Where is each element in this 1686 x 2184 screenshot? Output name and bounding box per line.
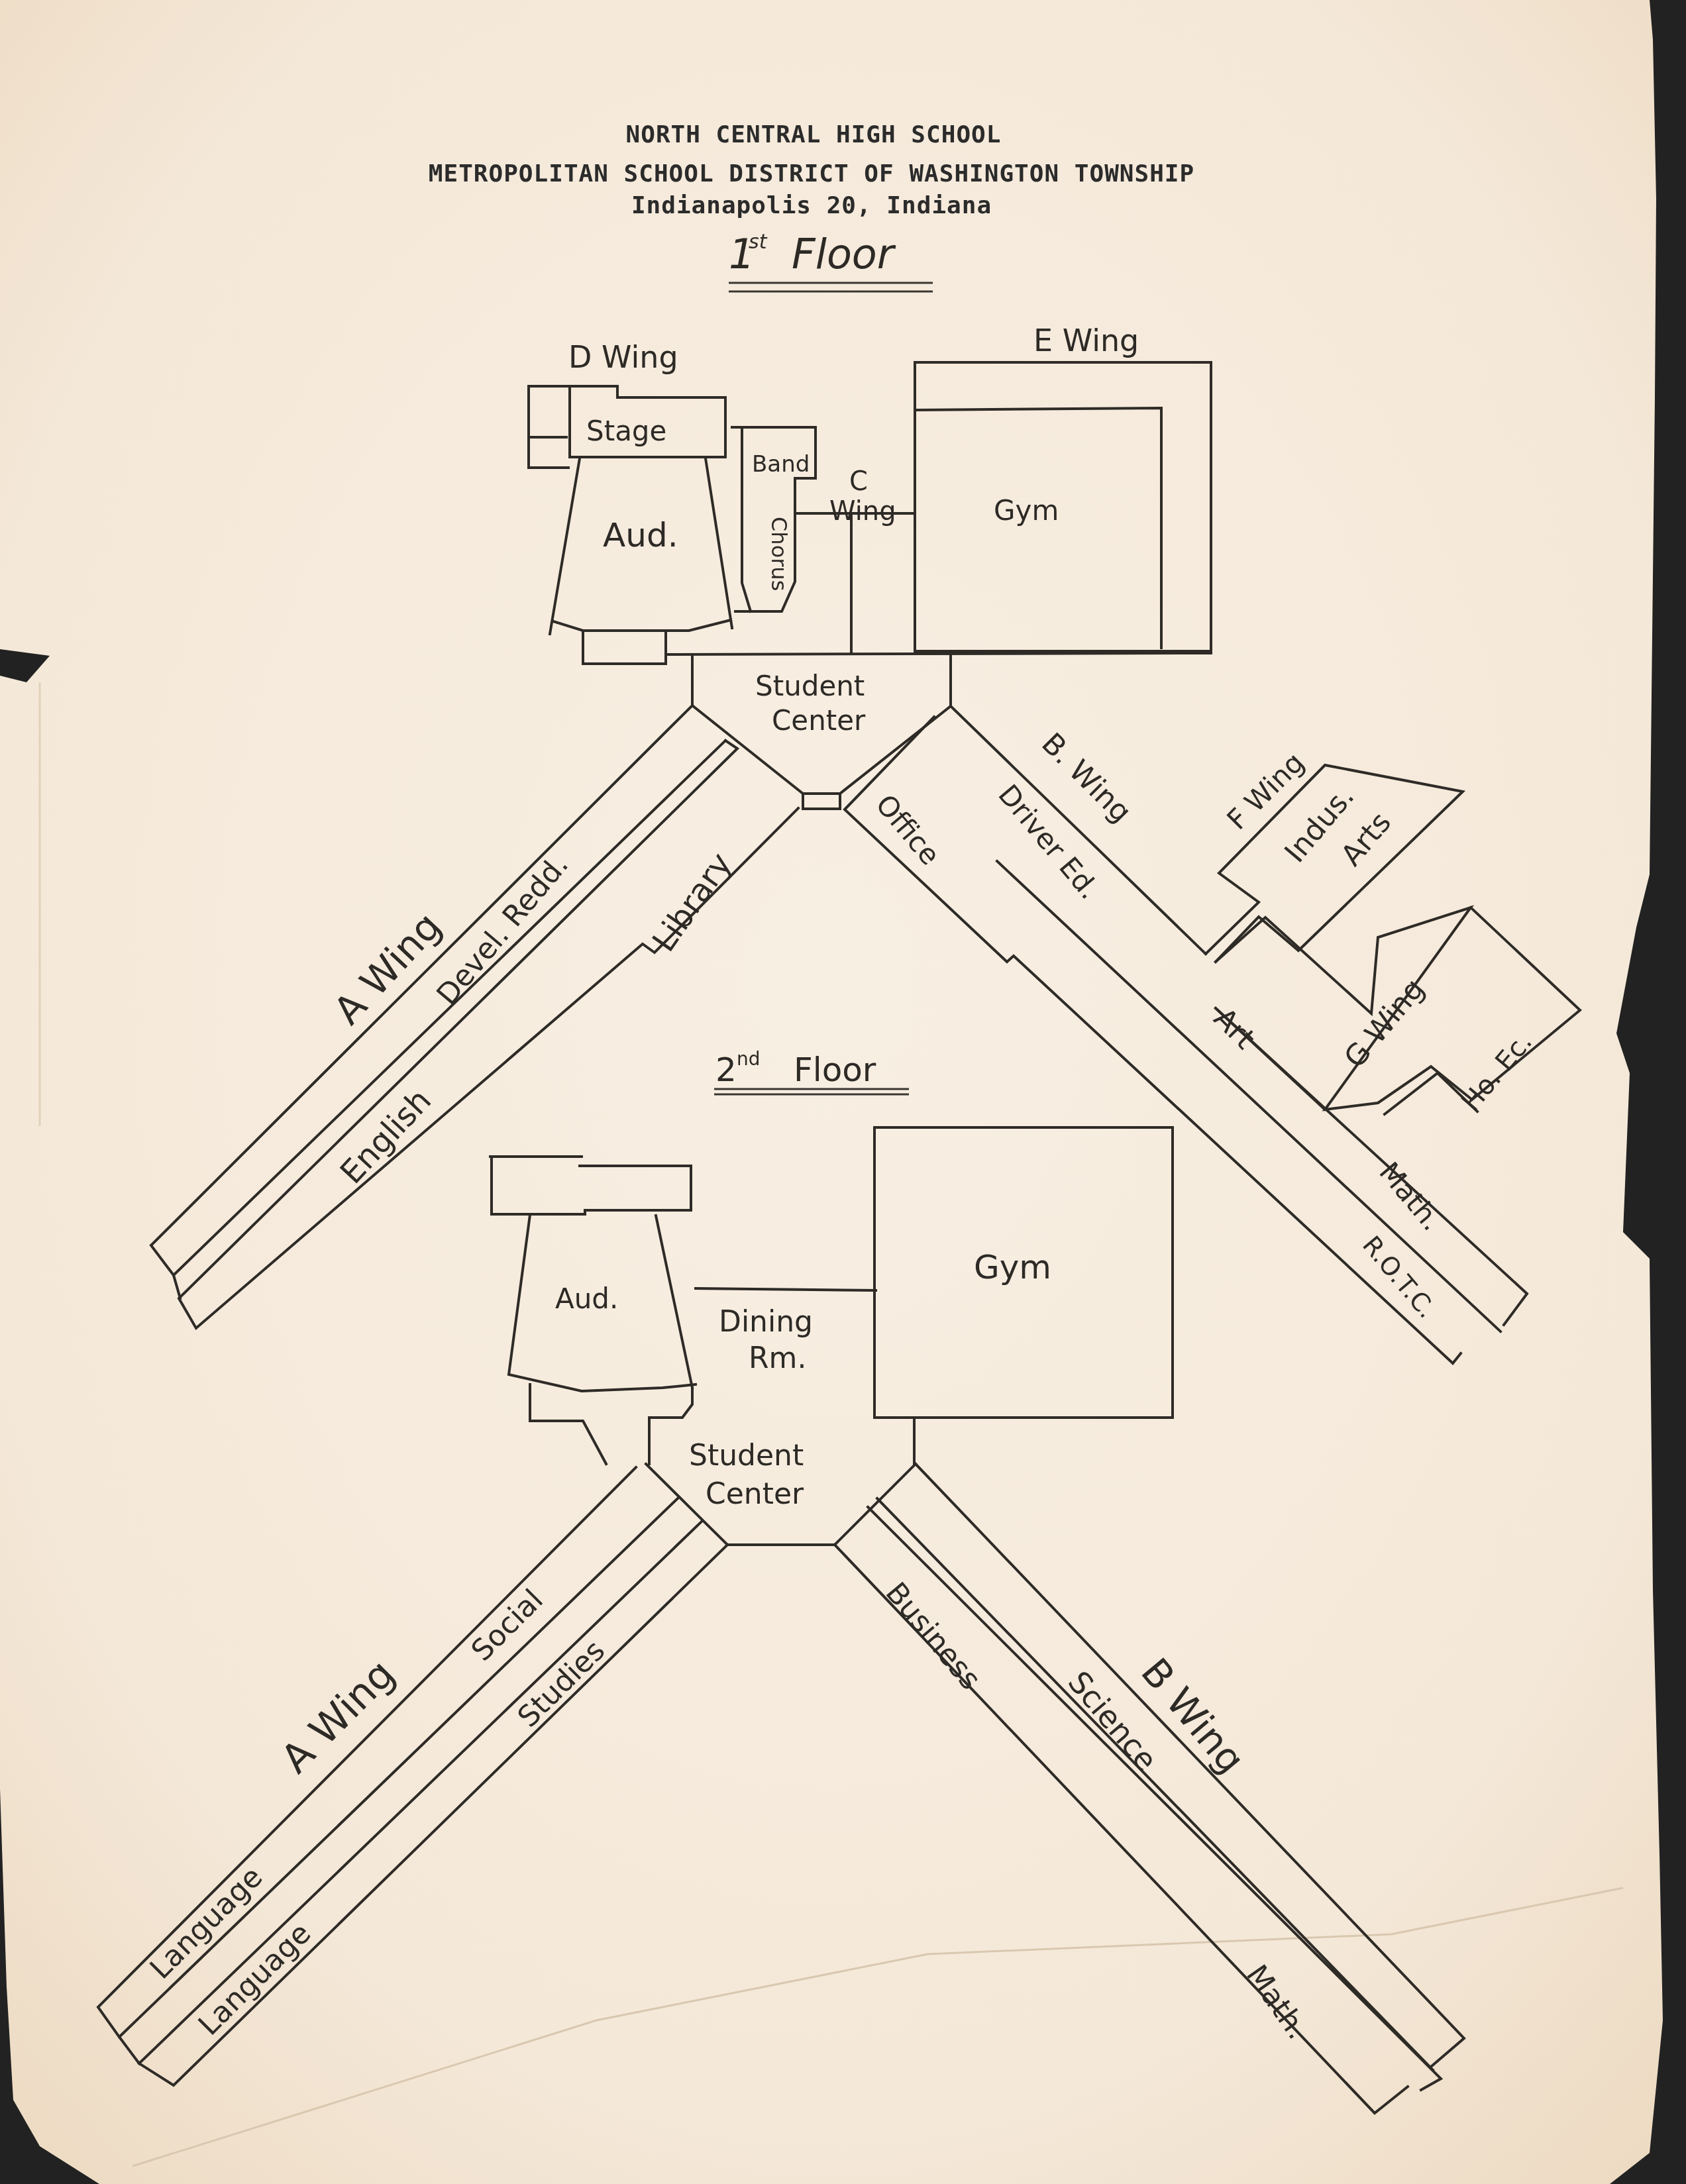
- city-line: Indianapolis 20, Indiana: [631, 192, 992, 219]
- label-c-wing-1: C: [849, 466, 868, 497]
- floor-plan-sheet: NORTH CENTRAL HIGH SCHOOL METROPOLITAN S…: [0, 0, 1686, 2184]
- label-student-center-1a: Student: [755, 670, 865, 702]
- label-gym-2: Gym: [974, 1248, 1051, 1286]
- label-chorus: Chorus: [766, 517, 792, 591]
- label-d-wing: D Wing: [568, 339, 678, 375]
- label-aud-2: Aud.: [555, 1282, 618, 1315]
- floor2-title-number: 2: [715, 1051, 737, 1089]
- label-student-center-2a: Student: [689, 1439, 804, 1473]
- label-band: Band: [752, 451, 810, 478]
- label-gym-1: Gym: [994, 494, 1059, 527]
- school-name: NORTH CENTRAL HIGH SCHOOL: [626, 121, 1002, 148]
- label-aud-1: Aud.: [603, 516, 678, 554]
- label-dining-2: Rm.: [749, 1341, 806, 1375]
- floor1-title-word: Floor: [792, 230, 896, 278]
- floor2-title-word: Floor: [794, 1051, 876, 1089]
- label-student-center-1b: Center: [772, 704, 866, 737]
- district-name: METROPOLITAN SCHOOL DISTRICT OF WASHINGT…: [429, 160, 1194, 187]
- label-stage: Stage: [586, 415, 666, 447]
- label-student-center-2b: Center: [706, 1477, 804, 1511]
- label-dining-1: Dining: [719, 1305, 813, 1339]
- label-e-wing: E Wing: [1033, 323, 1139, 358]
- floor1-corridor-line: [668, 653, 1211, 654]
- floor1-title-suffix: st: [749, 231, 768, 254]
- floor2-title-suffix: nd: [737, 1048, 761, 1070]
- label-c-wing-2: Wing: [829, 496, 896, 527]
